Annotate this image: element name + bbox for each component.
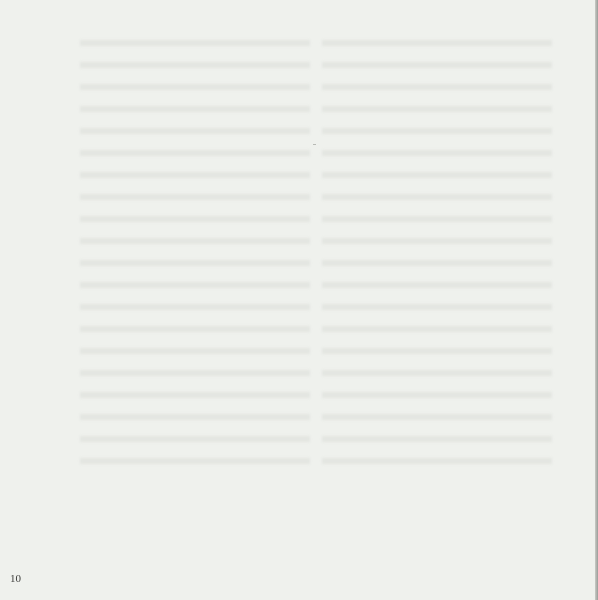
show-through-text-left	[80, 30, 310, 470]
page-number: 10	[10, 573, 21, 585]
show-through-text-right	[322, 30, 552, 470]
scanned-page: 10	[0, 0, 598, 600]
scan-speck	[313, 144, 316, 145]
